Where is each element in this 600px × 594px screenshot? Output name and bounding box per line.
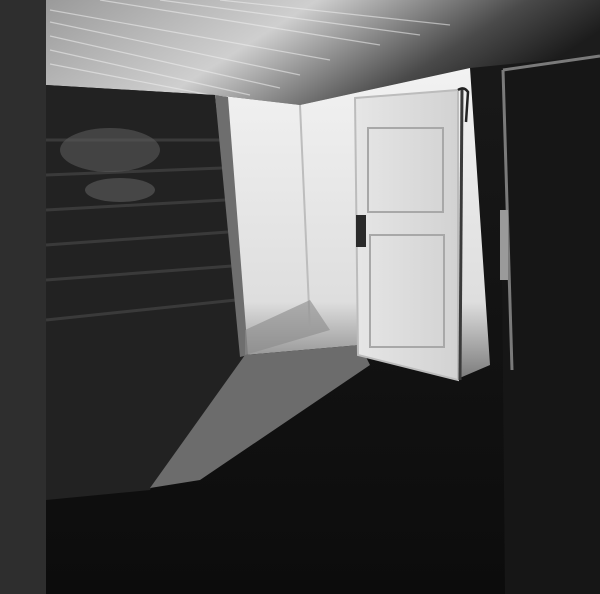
dark-doorframe-right — [500, 55, 600, 594]
scene — [0, 0, 600, 594]
door-hinge-edge — [460, 88, 462, 380]
doorframe-plate — [500, 210, 508, 280]
wall-left-edge — [0, 0, 46, 594]
photograph — [0, 0, 600, 594]
door-latch — [356, 215, 366, 247]
